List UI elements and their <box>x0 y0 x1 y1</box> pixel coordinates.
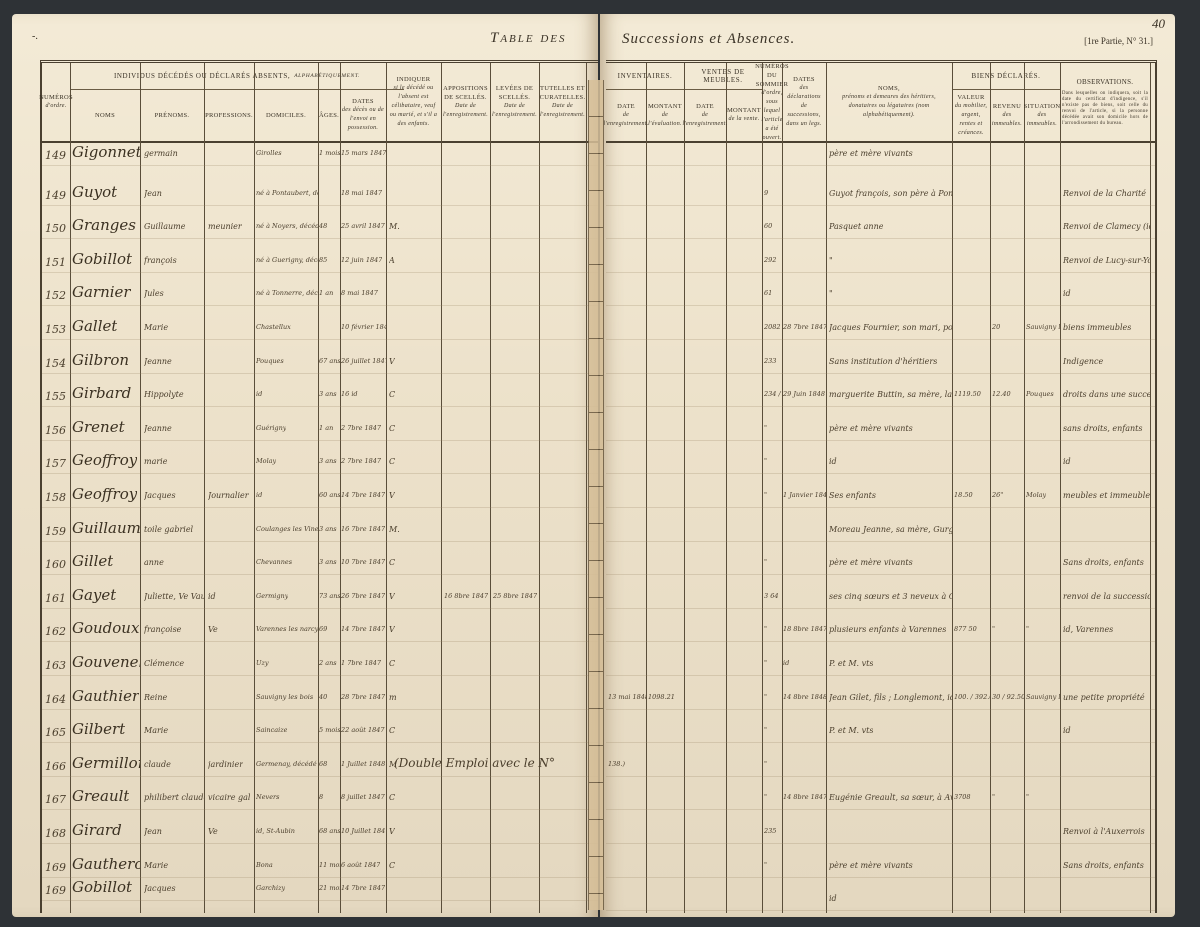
ruled-line <box>42 742 598 743</box>
cell-inv_date: 13 mai 1848 <box>608 693 646 701</box>
ruled-line <box>606 205 1155 206</box>
cell-sommier: 2082 <box>764 323 781 331</box>
cell-sommier: " <box>764 693 767 701</box>
cell-situation: Molay <box>1026 491 1046 499</box>
cell-nom: Gilbron <box>72 351 129 369</box>
cell-indiquer: C <box>389 390 395 399</box>
cell-prenoms: Marie <box>144 323 168 332</box>
cell-prenoms: Reine <box>144 693 167 702</box>
cell-sommier: 61 <box>764 289 772 297</box>
cell-observations: id, Varennes <box>1063 625 1113 634</box>
column-inv_date: Datede l'enregistrement. <box>606 63 647 913</box>
column-tutelles: Tutelles et curatelles.Date de l'enregis… <box>539 63 587 913</box>
cell-observations: Sans droits, enfants <box>1063 558 1144 567</box>
ruled-line <box>42 473 598 474</box>
cell-professions: vicaire gal <box>208 793 250 802</box>
cell-revenu: " <box>992 625 995 633</box>
ruled-line <box>42 709 598 710</box>
cell-nom: Gigonnet <box>72 143 140 161</box>
ruled-line <box>42 165 598 166</box>
cell-dates: 28 7bre 1847 <box>341 693 385 701</box>
cell-ages: 3 ans <box>319 390 337 398</box>
cell-num: 166 <box>45 760 66 773</box>
cell-num: 168 <box>45 827 66 840</box>
column-vente_montant: Montantde la vente. <box>726 63 763 913</box>
ruled-line <box>606 675 1155 676</box>
column-professions: Professions. <box>204 63 255 913</box>
ruled-line <box>42 205 598 206</box>
cell-prenoms: toile gabriel <box>144 525 193 534</box>
cell-domiciles: Chastellux <box>256 323 291 331</box>
cell-sommier: " <box>764 457 767 465</box>
cell-valeur: 877 50 <box>954 625 977 633</box>
cell-valeur: 1119.50 <box>954 390 981 398</box>
ruled-line <box>606 305 1155 306</box>
cell-heritiers: Pasquet anne <box>829 222 883 231</box>
cell-num: 159 <box>45 525 66 538</box>
page-title-left: Table des <box>490 30 567 47</box>
cell-domiciles: Guérigny <box>256 424 286 432</box>
cell-ages: 60 ans <box>319 491 340 499</box>
column-header-tutelles: Tutelles et curatelles.Date de l'enregis… <box>539 63 586 141</box>
cell-indiquer: C <box>389 457 395 466</box>
cell-situation: " <box>1026 793 1029 801</box>
cell-domiciles: Germigny <box>256 592 288 600</box>
cell-nom: Girard <box>72 821 122 839</box>
cell-nom: Germillon <box>72 754 140 772</box>
cell-dates: 1 Juillet 1848 <box>341 760 385 768</box>
cell-prenoms: Hippolyte <box>144 390 184 399</box>
column-header-indiquer: Indiquersi le décédé ou l'absent est cél… <box>386 63 441 141</box>
cell-prenoms: philibert claude <box>144 793 204 802</box>
cell-dates: 10 7bre 1847 <box>341 558 385 566</box>
cell-dates: 14 7bre 1847 <box>341 491 385 499</box>
column-inv_montant: Montantde l'évaluation. <box>646 63 685 913</box>
cell-domiciles: Nevers <box>256 793 280 801</box>
ruled-line <box>606 406 1155 407</box>
cell-domiciles: Coulanges les Vineuses <box>256 525 318 533</box>
cell-num: 151 <box>45 256 66 269</box>
cell-heritiers: Guyot françois, son père à Pontaubert <box>829 189 952 198</box>
ruled-line <box>42 272 598 273</box>
column-decl_dates: Datesdes déclarations de successions, da… <box>782 63 827 913</box>
column-levees: Levées de scellés.Date de l'enregistreme… <box>490 63 540 913</box>
cell-sommier: 9 <box>764 189 768 197</box>
ruled-line <box>606 608 1155 609</box>
cell-professions: Ve <box>208 827 218 836</box>
cell-observations: Renvoi de la Charité <box>1063 189 1146 198</box>
cell-num: 165 <box>45 726 66 739</box>
cell-observations: Renvoi à l'Auxerrois <box>1063 827 1145 836</box>
cell-revenu: 20 <box>992 323 1000 331</box>
cell-nom: Geoffroy <box>72 451 137 469</box>
double-emploi-note: (Double Emploi avec le N° <box>394 756 555 770</box>
cell-num: 163 <box>45 659 66 672</box>
folio-number: 40 <box>1152 16 1165 32</box>
cell-ages: 68 ans <box>319 827 340 835</box>
ruled-line <box>606 339 1155 340</box>
cell-observations: Sans droits, enfants <box>1063 861 1144 870</box>
cell-professions: Ve <box>208 625 218 634</box>
cell-revenu: 12.40 <box>992 390 1011 398</box>
column-valeur: Valeurdu mobilier, argent, rentes et cré… <box>952 63 991 913</box>
cell-dates: 15 mars 1847 <box>341 149 386 157</box>
cell-sommier: " <box>764 861 767 869</box>
cell-situation: Sauvigny le bois <box>1026 323 1060 331</box>
cell-decl_dates: 14 8bre 1847 <box>783 793 826 801</box>
cell-ages: 68 <box>319 760 327 768</box>
cell-dates: 2 7bre 1847 <box>341 424 381 432</box>
column-header-nom: Noms <box>70 89 140 141</box>
ruled-line <box>42 641 598 642</box>
cell-prenoms: Jacques <box>144 491 176 500</box>
column-header-situation: Situationdes immeubles. <box>1024 89 1060 141</box>
cell-dates: 18 mai 1847 <box>341 189 382 197</box>
cell-dates: 25 avril 1847 <box>341 222 385 230</box>
cell-sommier: " <box>764 625 767 633</box>
ruled-line <box>42 440 598 441</box>
cell-nom: Guillaumet <box>72 519 140 537</box>
cell-observations: biens immeubles <box>1063 323 1131 332</box>
cell-domiciles: né à Tonnerre, décédé à Vézelay <box>256 289 318 297</box>
cell-prenoms: Jean <box>144 827 162 836</box>
cell-dates: 6 août 1847 <box>341 861 380 869</box>
cell-heritiers: marguerite Buttin, sa mère, la pour décé… <box>829 390 952 399</box>
cell-sommier: " <box>764 793 767 801</box>
ruled-line <box>606 910 1155 911</box>
cell-inv_date: 138.) <box>608 760 625 768</box>
cell-sommier: 234 / 649 <box>764 390 782 398</box>
cell-domiciles: Bona <box>256 861 273 869</box>
cell-observations: sans droits, enfants <box>1063 424 1143 433</box>
cell-ages: 40 <box>319 693 327 701</box>
ruled-line <box>606 776 1155 777</box>
cell-prenoms: françoise <box>144 625 181 634</box>
cell-num: 154 <box>45 357 66 370</box>
ruled-line <box>42 608 598 609</box>
ruled-line <box>606 641 1155 642</box>
cell-valeur: 3708 <box>954 793 971 801</box>
ruled-line <box>606 541 1155 542</box>
cell-ages: 2 ans <box>319 659 337 667</box>
ruled-line <box>42 574 598 575</box>
cell-observations: renvoi de la succession (annotation rayé… <box>1063 592 1150 601</box>
cell-valeur: 100. / 392.60 <box>954 693 990 701</box>
cell-heritiers: id <box>829 457 837 466</box>
column-header-domiciles: Domiciles. <box>254 89 318 141</box>
cell-domiciles: Germenay, décédé à Varennes les nevers <box>256 760 318 768</box>
cell-heritiers: " <box>829 289 833 298</box>
cell-num: 156 <box>45 424 66 437</box>
cell-indiquer: V <box>389 357 395 366</box>
cell-domiciles: id <box>256 390 262 398</box>
cell-heritiers: P. et M. vts <box>829 659 873 668</box>
cell-prenoms: Jacques <box>144 884 176 893</box>
cell-heritiers: Eugénie Greault, sa sœur, à Avallon <box>829 793 952 802</box>
ruled-line <box>606 809 1155 810</box>
cell-situation: Sauvigny les bois <box>1026 693 1060 701</box>
cell-ages: 8 <box>319 793 323 801</box>
cell-ages: 21 mois <box>319 884 340 892</box>
cell-domiciles: Varennes les narcy <box>256 625 318 633</box>
column-header-sommier: Numéros du sommierd'ordre, sous lequel l… <box>762 63 782 141</box>
cell-situation: " <box>1026 625 1029 633</box>
cell-sommier: 233 <box>764 357 776 365</box>
cell-observations: meubles et immeubles <box>1063 491 1150 500</box>
cell-heritiers: P. et M. vts <box>829 726 873 735</box>
cell-nom: Guyot <box>72 183 117 201</box>
cell-nom: Grenet <box>72 418 125 436</box>
cell-nom: Gallet <box>72 317 117 335</box>
cell-ages: 3 ans <box>319 525 337 533</box>
cell-dates: 10 février 1847 <box>341 323 386 331</box>
cell-domiciles: id <box>256 491 262 499</box>
cell-revenu: " <box>992 793 995 801</box>
column-header-vente_montant: Montantde la vente. <box>726 89 762 141</box>
cell-revenu: 30 / 92.50 <box>992 693 1024 701</box>
cell-nom: Gayet <box>72 586 116 604</box>
cell-prenoms: Juliette, Ve Vautheron <box>144 592 204 601</box>
cell-prenoms: anne <box>144 558 164 567</box>
cell-prenoms: claude <box>144 760 171 769</box>
cell-sommier: " <box>764 424 767 432</box>
cell-heritiers: Ses enfants <box>829 491 876 500</box>
ruled-line <box>42 776 598 777</box>
column-header-inv_montant: Montantde l'évaluation. <box>646 89 684 141</box>
cell-ages: 85 <box>319 256 327 264</box>
column-situation: Situationdes immeubles. <box>1024 63 1061 913</box>
cell-nom: Granges <box>72 216 136 234</box>
ruled-line <box>42 305 598 306</box>
cell-observations: id <box>1063 726 1071 735</box>
cell-prenoms: Clémence <box>144 659 184 668</box>
cell-num: 149 <box>45 149 66 162</box>
cell-dates: 16 id <box>341 390 358 398</box>
ruled-line <box>42 675 598 676</box>
cell-nom: Gobillot <box>72 878 132 896</box>
cell-indiquer: M. <box>389 525 400 534</box>
cell-ages: 3 ans <box>319 558 337 566</box>
ruled-line <box>606 440 1155 441</box>
cell-professions: jardinier <box>208 760 243 769</box>
cell-dates: 26 7bre 1847 <box>341 592 385 600</box>
cell-heritiers: ses cinq sœurs et 3 neveux à Germigny <box>829 592 952 601</box>
cell-prenoms: françois <box>144 256 177 265</box>
ruled-line <box>42 900 598 901</box>
cell-indiquer: C <box>389 793 395 802</box>
cell-decl_dates: 18 8bre 1847 <box>783 625 826 633</box>
cell-domiciles: Sauvigny les bois <box>256 693 313 701</box>
page-title-right: Successions et Absences. <box>622 31 795 48</box>
cell-dates: 26 juillet 1847 <box>341 357 386 365</box>
right-ledger-table: Inventaires. Ventes de meubles. Biens dé… <box>606 60 1157 913</box>
cell-dates: 8 juillet 1847 <box>341 793 385 801</box>
cell-domiciles: Garchizy <box>256 884 285 892</box>
cell-ages: 3 ans <box>319 457 337 465</box>
column-header-inv_date: Datede l'enregistrement. <box>606 89 646 141</box>
cell-num: 152 <box>45 289 66 302</box>
cell-indiquer: C <box>389 726 395 735</box>
left-page: -. Table des Individus décédés ou déclar… <box>12 14 598 917</box>
cell-observations: id <box>1063 457 1071 466</box>
cell-ages: 1 an <box>319 289 333 297</box>
cell-dates: 8 mai 1847 <box>341 289 378 297</box>
cell-prenoms: germain <box>144 149 178 158</box>
cell-heritiers: Sans institution d'héritiers <box>829 357 937 366</box>
column-indiquer: Indiquersi le décédé ou l'absent est cél… <box>386 63 442 913</box>
cell-prenoms: Jeanne <box>144 424 172 433</box>
ruled-line <box>606 574 1155 575</box>
cell-heritiers: id <box>829 894 837 903</box>
cell-nom: Gautheron <box>72 855 140 873</box>
cell-dates: 22 août 1847 <box>341 726 385 734</box>
cell-num: 160 <box>45 558 66 571</box>
cell-domiciles: né à Guerigny, décédé à Lucy (Yonne) <box>256 256 318 264</box>
cell-heritiers: Moreau Jeanne, sa mère, Gurgy <box>829 525 952 534</box>
cell-appositions: 16 8bre 1847 <box>444 592 488 600</box>
ruled-line <box>42 809 598 810</box>
cell-ages: 67 ans <box>319 357 340 365</box>
ruled-line <box>606 165 1155 166</box>
cell-dates: 14 7bre 1847 <box>341 884 385 892</box>
cell-sommier: " <box>764 726 767 734</box>
cell-domiciles: Pouques <box>256 357 284 365</box>
cell-prenoms: Jules <box>144 289 164 298</box>
cell-domiciles: né à Pontaubert, décédé à St-Andeux <box>256 189 318 197</box>
cell-prenoms: Guillaume <box>144 222 185 231</box>
cell-heritiers: " <box>829 256 833 265</box>
column-header-num: Numérosd'ordre. <box>42 63 70 141</box>
cell-ages: 48 <box>319 222 327 230</box>
cell-sommier: 3 64 <box>764 592 778 600</box>
cell-sommier: " <box>764 558 767 566</box>
cell-professions: meunier <box>208 222 242 231</box>
book-binding <box>588 80 604 910</box>
cell-observations: id <box>1063 289 1071 298</box>
cell-num: 157 <box>45 457 66 470</box>
cell-nom: Geoffroy <box>72 485 137 503</box>
ruled-line <box>42 406 598 407</box>
left-ledger-table: Individus décédés ou déclarés absents, a… <box>40 60 598 913</box>
cell-sommier: 292 <box>764 256 776 264</box>
ruled-line <box>42 843 598 844</box>
cell-dates: 2 7bre 1847 <box>341 457 381 465</box>
column-header-observations: Observations.Dans lesquelles on indiquer… <box>1060 63 1150 141</box>
cell-indiquer: V <box>389 625 395 634</box>
partie-number: [1re Partie, N° 31.] <box>1084 36 1153 46</box>
cell-dates: 16 7bre 1847 <box>341 525 385 533</box>
cell-revenu: 26" <box>992 491 1003 499</box>
cell-observations: Renvoi de Clamecy (idem) <box>1063 222 1150 231</box>
column-header-valeur: Valeurdu mobilier, argent, rentes et cré… <box>952 89 990 141</box>
cell-professions: id <box>208 592 216 601</box>
cell-sommier: " <box>764 491 767 499</box>
cell-decl_dates: id <box>783 659 789 667</box>
cell-heritiers: père et mère vivants <box>829 424 913 433</box>
ruled-line <box>606 272 1155 273</box>
ruled-line <box>606 238 1155 239</box>
cell-situation: Pouques <box>1026 390 1054 398</box>
ruled-line <box>606 373 1155 374</box>
cell-indiquer: M. <box>389 222 400 231</box>
cell-num: 153 <box>45 323 66 336</box>
cell-domiciles: né à Noyers, décédé à Montbard <box>256 222 318 230</box>
column-header-professions: Professions. <box>204 89 254 141</box>
ruled-line <box>42 238 598 239</box>
cell-ages: 11 mois <box>319 861 340 869</box>
cell-decl_dates: 29 Juin 1848 <box>783 390 825 398</box>
cell-indiquer: m <box>389 693 397 702</box>
column-header-vente_date: Datede l'enregistrement. <box>684 89 726 141</box>
cell-domiciles: Chevannes <box>256 558 292 566</box>
column-header-appositions: Appositions de scellés.Date de l'enregis… <box>441 63 490 141</box>
cell-decl_dates: 1 Janvier 1848 <box>783 491 826 499</box>
column-vente_date: Datede l'enregistrement. <box>684 63 727 913</box>
cell-domiciles: Uzy <box>256 659 269 667</box>
column-header-levees: Levées de scellés.Date de l'enregistreme… <box>490 63 539 141</box>
ruled-line <box>606 742 1155 743</box>
cell-decl_dates: 14 8bre 1848 / 13 mars 1848 <box>783 693 826 701</box>
cell-domiciles: id, St-Aubin <box>256 827 295 835</box>
cell-sommier: " <box>764 659 767 667</box>
cell-nom: Gouvenel <box>72 653 140 671</box>
cell-dates: 10 Juillet 1847 <box>341 827 386 835</box>
cell-ages: 5 mois <box>319 726 340 734</box>
ruled-line <box>606 507 1155 508</box>
column-header-prenoms: Prénoms. <box>140 89 204 141</box>
cell-ages: 1 an <box>319 424 333 432</box>
cell-indiquer: C <box>389 659 395 668</box>
cell-indiquer: V <box>389 592 395 601</box>
ruled-line <box>42 373 598 374</box>
cell-indiquer: V <box>389 827 395 836</box>
ruled-line <box>42 507 598 508</box>
cell-observations: Indigence <box>1063 357 1103 366</box>
cell-nom: Garnier <box>72 283 131 301</box>
ruled-line <box>606 877 1155 878</box>
cell-sommier: " <box>764 760 767 768</box>
cell-num: 150 <box>45 222 66 235</box>
cell-prenoms: Marie <box>144 726 168 735</box>
cell-ages: 73 ans <box>319 592 340 600</box>
cell-prenoms: Jean <box>144 189 162 198</box>
cell-indiquer: A <box>389 256 395 265</box>
cell-observations: Renvoi de Lucy-sur-Yonne <box>1063 256 1150 265</box>
cell-prenoms: Marie <box>144 861 168 870</box>
cell-inv_montant: 1098.21 <box>648 693 675 701</box>
cell-num: 162 <box>45 625 66 638</box>
cell-nom: Girbard <box>72 384 131 402</box>
cell-valeur: 18.50 <box>954 491 973 499</box>
cell-num: 167 <box>45 793 66 806</box>
column-ages: Âges. <box>318 63 341 913</box>
cell-domiciles: Molay <box>256 457 276 465</box>
ruled-line <box>42 339 598 340</box>
cell-domiciles: Saincaize <box>256 726 287 734</box>
cell-sommier: 60 <box>764 222 772 230</box>
cell-indiquer: C <box>389 424 395 433</box>
cell-domiciles: Girolles <box>256 149 282 157</box>
cell-nom: Gilbert <box>72 720 125 738</box>
cell-nom: Gillet <box>72 552 113 570</box>
column-header-decl_dates: Datesdes déclarations de successions, da… <box>782 63 826 141</box>
cell-nom: Goudoux <box>72 619 139 637</box>
cell-observations: droits dans une succession <box>1063 390 1150 399</box>
cell-levees: 25 8bre 1847 <box>493 592 537 600</box>
cell-heritiers: plusieurs enfants à Varennes <box>829 625 946 634</box>
cell-nom: Gobillot <box>72 250 132 268</box>
cell-sommier: 235 <box>764 827 776 835</box>
